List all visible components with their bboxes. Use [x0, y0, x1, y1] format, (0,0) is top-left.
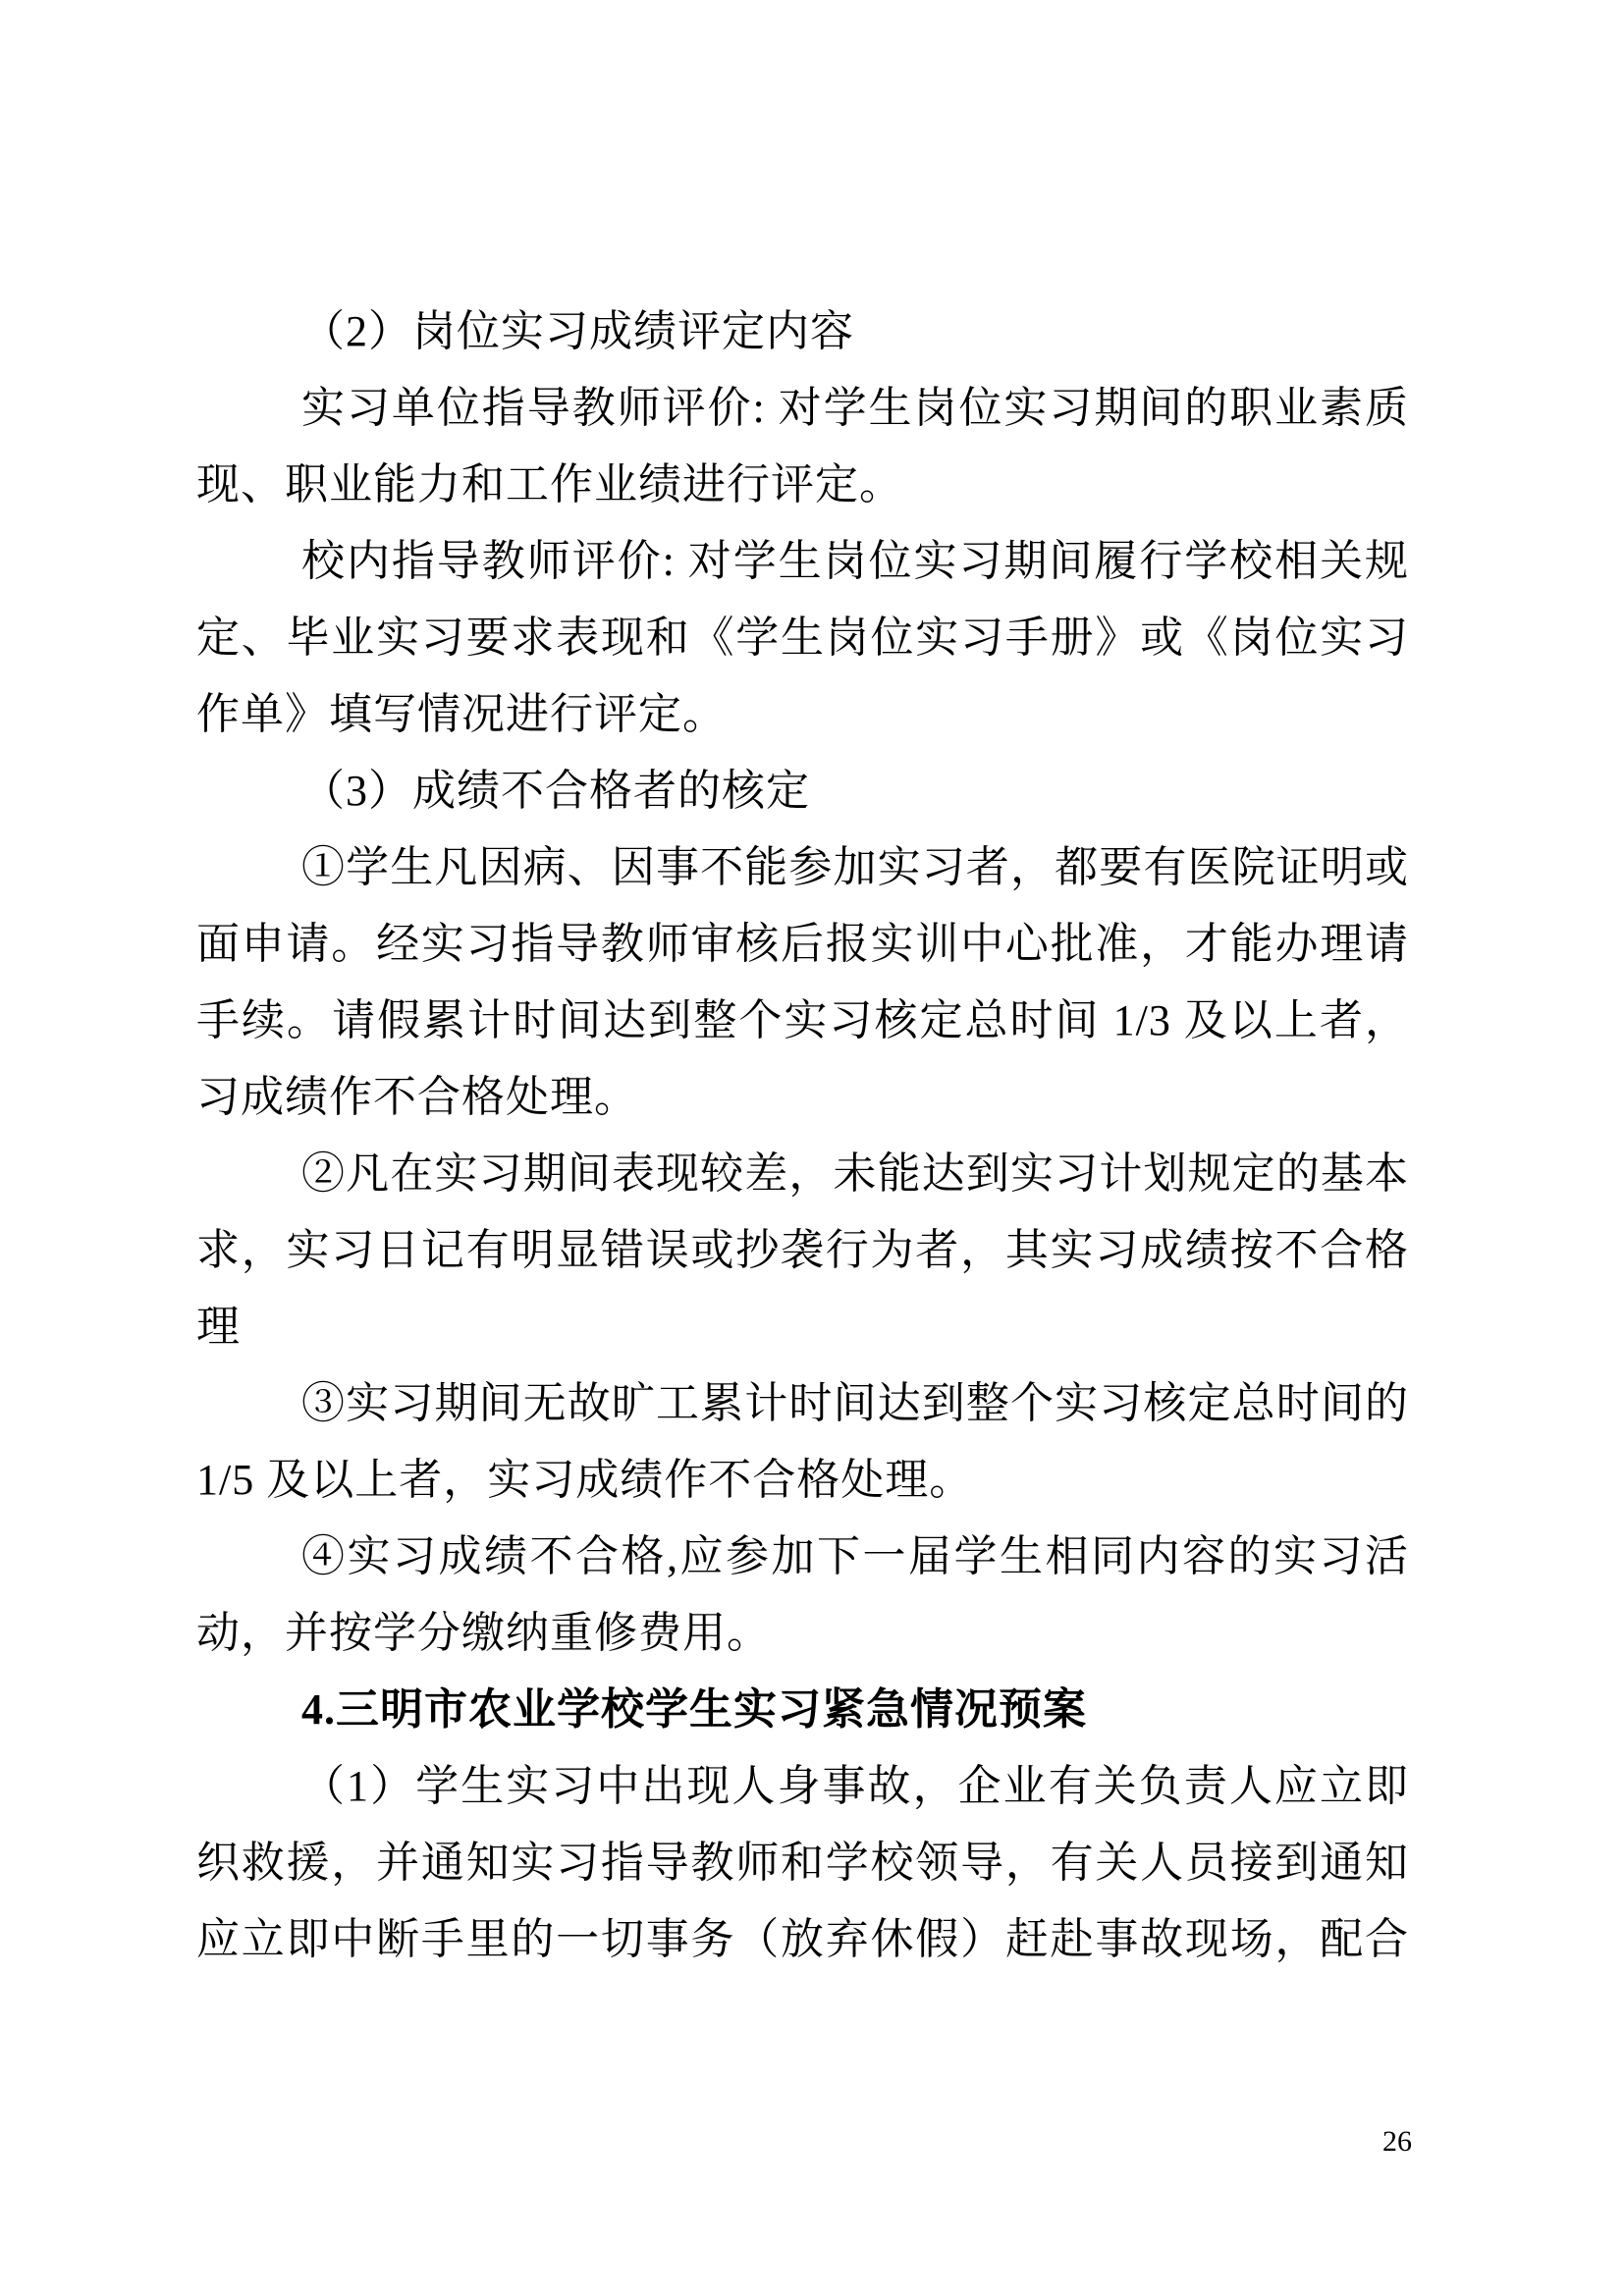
section-heading-line: 4.三明市农业学校学生实习紧急情况预案	[196, 1672, 1409, 1748]
paragraph-line: 求，实习日记有明显错误或抄袭行为者，其实习成绩按不合格处	[196, 1212, 1409, 1289]
paragraph-line: 校内指导教师评价: 对学生岗位实习期间履行学校相关规	[196, 523, 1409, 600]
paragraph-line: 动，并按学分缴纳重修费用。	[196, 1595, 1409, 1672]
paragraph-line: 织救援，并通知实习指导教师和学校领导，有关人员接到通知后	[196, 1825, 1409, 1901]
paragraph-line: 现、职业能力和工作业绩进行评定。	[196, 447, 1409, 523]
paragraph-line: 习成绩作不合格处理。	[196, 1059, 1409, 1136]
document-body: （2）岗位实习成绩评定内容 实习单位指导教师评价: 对学生岗位实习期间的职业素质…	[196, 294, 1409, 1978]
document-page: （2）岗位实习成绩评定内容 实习单位指导教师评价: 对学生岗位实习期间的职业素质…	[0, 0, 1624, 2296]
paragraph-line: （3）成绩不合格者的核定	[196, 753, 1409, 829]
paragraph-line: ③实习期间无故旷工累计时间达到整个实习核定总时间的	[196, 1365, 1409, 1442]
paragraph-line: 理	[196, 1289, 1409, 1365]
page-number: 26	[1382, 2122, 1441, 2162]
paragraph-line: ②凡在实习期间表现较差，未能达到实习计划规定的基本要	[196, 1136, 1409, 1212]
paragraph-line: 应立即中断手里的一切事务（放弃休假）赶赴事故现场，配合救	[196, 1901, 1409, 1978]
paragraph-line: 手续。请假累计时间达到整个实习核定总时间 1/3 及以上者，实	[196, 983, 1409, 1059]
paragraph-line: （2）岗位实习成绩评定内容	[196, 294, 1409, 370]
paragraph-line: ①学生凡因病、因事不能参加实习者，都要有医院证明或书	[196, 829, 1409, 906]
paragraph-line: 实习单位指导教师评价: 对学生岗位实习期间的职业素质表	[196, 370, 1409, 447]
paragraph-line: 面申请。经实习指导教师审核后报实训中心批准，才能办理请假	[196, 906, 1409, 983]
paragraph-line: 定、毕业实习要求表现和《学生岗位实习手册》或《岗位实习工	[196, 600, 1409, 676]
paragraph-line: ④实习成绩不合格,应参加下一届学生相同内容的实习活	[196, 1519, 1409, 1595]
paragraph-line: （1）学生实习中出现人身事故，企业有关负责人应立即组	[196, 1748, 1409, 1825]
paragraph-line: 作单》填写情况进行评定。	[196, 676, 1409, 753]
paragraph-line: 1/5 及以上者，实习成绩作不合格处理。	[196, 1442, 1409, 1519]
